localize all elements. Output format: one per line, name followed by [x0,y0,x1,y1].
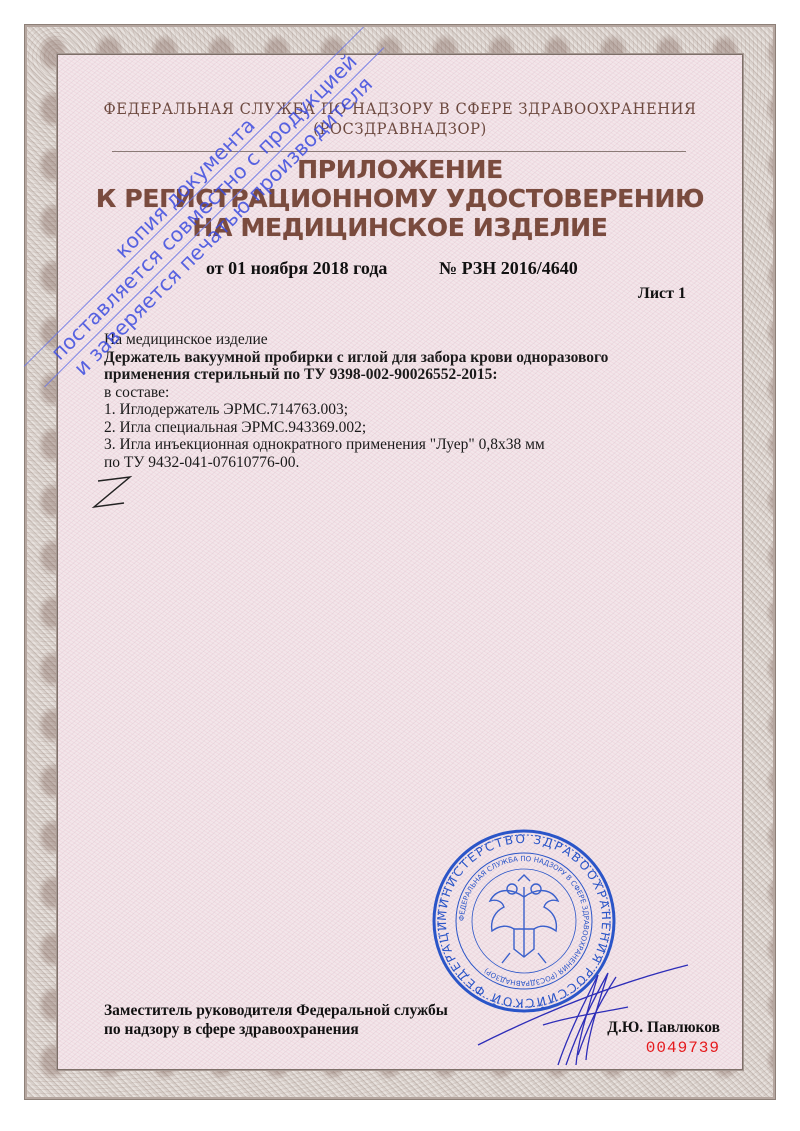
z-strike-mark [88,475,132,511]
agency-name: ФЕДЕРАЛЬНАЯ СЛУЖБА ПО НАДЗОРУ В СФЕРЕ ЗД… [85,99,714,119]
sheet-number: Лист 1 [638,285,686,303]
product-name-line-1: Держатель вакуумной пробирки с иглой для… [104,349,704,367]
intro-text: На медицинское изделие [104,331,704,349]
product-name-line-2: применения стерильный по ТУ 9398-002-900… [104,366,704,384]
header-divider [112,151,686,152]
form-serial-number: 0049739 [646,1039,720,1057]
composition-item: 3. Игла инъекционная однократного примен… [104,436,704,454]
signer-title: Заместитель руководителя Федеральной слу… [104,1001,448,1039]
signer-name: Д.Ю. Павлюков [607,1019,720,1037]
composition-label: в составе: [104,384,704,402]
composition-item: 2. Игла специальная ЭРМС.943369.002; [104,419,704,437]
signer-title-line-1: Заместитель руководителя Федеральной слу… [104,1001,448,1020]
agency-header: ФЕДЕРАЛЬНАЯ СЛУЖБА ПО НАДЗОРУ В СФЕРЕ ЗД… [85,99,714,139]
composition-item: 1. Иглодержатель ЭРМС.714763.003; [104,401,704,419]
composition-item: по ТУ 9432-041-07610776-00. [104,454,704,472]
registration-number: № РЗН 2016/4640 [439,258,578,279]
signer-title-line-2: по надзору в сфере здравоохранения [104,1020,448,1039]
agency-abbreviation: (РОСЗДРАВНАДЗОР) [85,119,714,139]
document-body: На медицинское изделие Держатель вакуумн… [104,331,704,471]
registration-date: от 01 ноября 2018 года [206,258,387,279]
title-line-1: ПРИЛОЖЕНИЕ [58,155,742,184]
